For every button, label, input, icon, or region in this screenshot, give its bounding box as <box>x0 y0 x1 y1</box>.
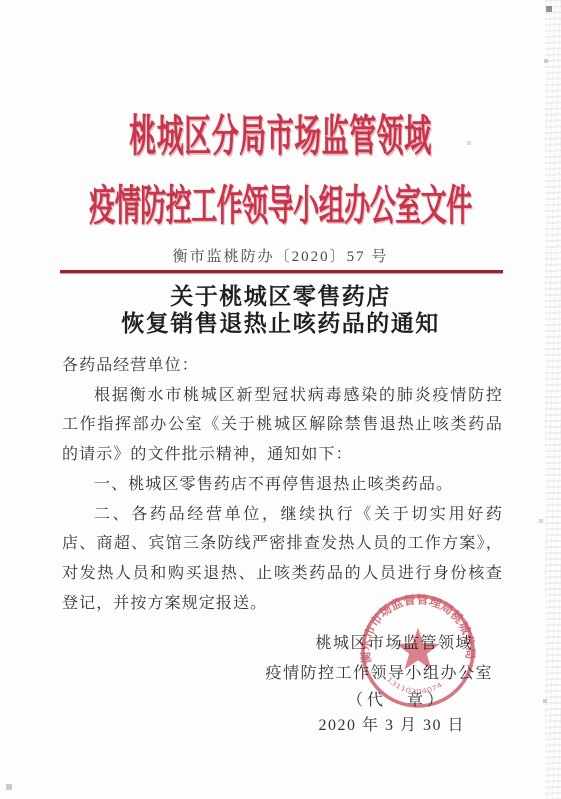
document-title-line-2: 恢复销售退热止咳药品的通知 <box>0 310 561 337</box>
seal-code: 13110204074 <box>385 675 444 696</box>
official-document-page: 桃城区分局市场监管领域 疫情防控工作领导小组办公室文件 衡市监桃防办〔2020〕… <box>0 0 561 799</box>
document-title-line-1: 关于桃城区零售药店 <box>0 283 561 310</box>
letterhead-line-1: 桃城区分局市场监管领域 <box>0 101 561 164</box>
scan-specks <box>0 0 2 2</box>
salutation: 各药品经营单位： <box>62 351 503 381</box>
official-seal-stamp: 衡水市市场监督管理局桃城分局 13110204074 <box>345 578 491 724</box>
letterhead-line-2: 疫情防控工作领导小组办公室文件 <box>0 173 561 233</box>
paragraph-1: 根据衡水市桃城区新型冠状病毒感染的肺炎疫情防控工作指挥部办公室《关于桃城区解除禁… <box>62 381 503 470</box>
document-title: 关于桃城区零售药店 恢复销售退热止咳药品的通知 <box>0 283 561 337</box>
red-divider-rule <box>60 270 503 274</box>
paragraph-2: 一、桃城区零售药店不再停售退热止咳类药品。 <box>62 470 503 500</box>
star-icon <box>396 628 440 670</box>
document-number: 衡市监桃防办〔2020〕57 号 <box>0 245 561 266</box>
